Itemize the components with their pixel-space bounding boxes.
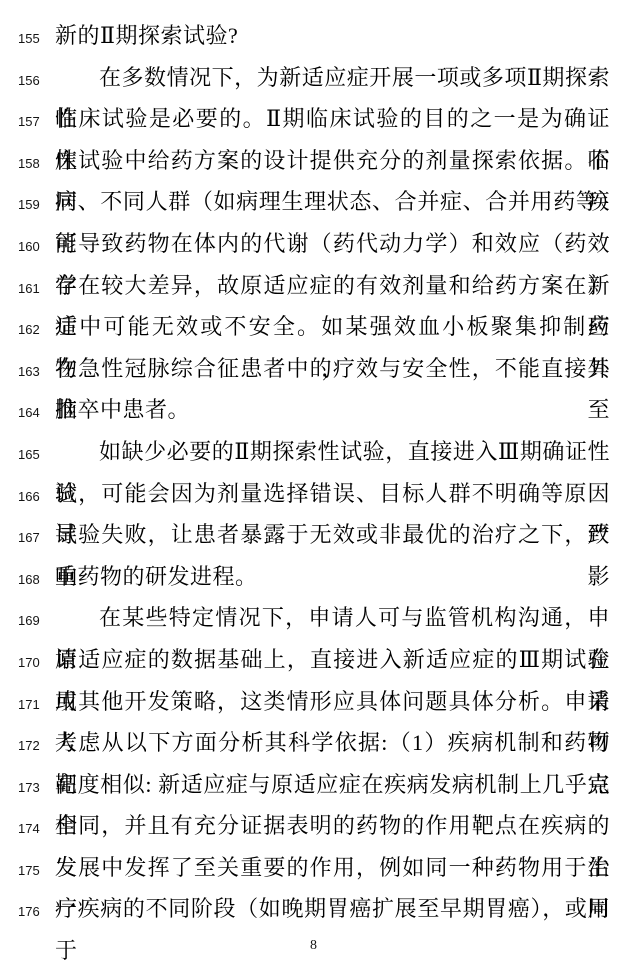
document-line: 163 在急性冠脉综合征患者中的疗效与安全性，不能直接外推至: [0, 348, 627, 390]
line-number: 173: [0, 767, 55, 809]
line-number: 163: [0, 351, 55, 393]
document-line: 168 响药物的研发进程。: [0, 556, 627, 598]
line-number: 175: [0, 850, 55, 892]
document-line: 156 在多数情况下，为新适应症开展一项或多项Ⅱ期探索性: [0, 57, 627, 99]
line-number: 158: [0, 143, 55, 185]
line-number: 174: [0, 808, 55, 850]
document-line: 173 高度相似: 新适应症与原适应症在疾病发病机制上几乎完全: [0, 764, 627, 806]
document-line: 164 脑卒中患者。: [0, 389, 627, 431]
line-number: 161: [0, 268, 55, 310]
line-number: 167: [0, 517, 55, 559]
document-line: 174 相同，并且有充分证据表明的药物的作用靶点在疾病的发生: [0, 805, 627, 847]
page-footer: 8: [0, 936, 627, 954]
document-page: 155 新的Ⅱ期探索试验? 156 在多数情况下，为新适应症开展一项或多项Ⅱ期探…: [0, 0, 627, 974]
line-number: 169: [0, 600, 55, 642]
document-line: 165 如缺少必要的Ⅱ期探索性试验，直接进入Ⅲ期确证性试: [0, 431, 627, 473]
line-number: 159: [0, 184, 55, 226]
document-line: 161 存在较大差异，故原适应症的有效剂量和给药方案在新适应: [0, 265, 627, 307]
page-number: 8: [310, 938, 317, 953]
document-line: 155 新的Ⅱ期探索试验?: [0, 15, 627, 57]
line-number: 156: [0, 60, 55, 102]
line-number: 164: [0, 392, 55, 434]
document-line: 157 临床试验是必要的。Ⅱ期临床试验的目的之一是为确证性临: [0, 98, 627, 140]
line-number: 155: [0, 18, 55, 60]
line-text: 一疾病的不同阶段（如晚期胃癌扩展至早期胃癌），或用于: [55, 888, 627, 971]
line-number: 162: [0, 309, 55, 351]
line-number: 172: [0, 725, 55, 767]
document-line: 158 床试验中给药方案的设计提供充分的剂量探索依据。不同疾: [0, 140, 627, 182]
line-number: 160: [0, 226, 55, 268]
line-number: 165: [0, 434, 55, 476]
document-line: 159 病、不同人群（如病理生理状态、合并症、合并用药等）可: [0, 181, 627, 223]
document-line: 170 原适应症的数据基础上，直接进入新适应症的Ⅲ期试验或采: [0, 639, 627, 681]
document-line: 176 一疾病的不同阶段（如晚期胃癌扩展至早期胃癌），或用于: [0, 888, 627, 930]
line-text: 响药物的研发进程。: [55, 556, 627, 598]
document-line: 175 发展中发挥了至关重要的作用，例如同一种药物用于治疗同: [0, 847, 627, 889]
line-number: 166: [0, 476, 55, 518]
line-number: 171: [0, 684, 55, 726]
line-number: 170: [0, 642, 55, 684]
line-text: 新的Ⅱ期探索试验?: [55, 15, 627, 57]
document-body: 155 新的Ⅱ期探索试验? 156 在多数情况下，为新适应症开展一项或多项Ⅱ期探…: [0, 0, 627, 930]
document-line: 160 能导致药物在体内的代谢（药代动力学）和效应（药效学）: [0, 223, 627, 265]
document-line: 171 用其他开发策略，这类情形应具体问题具体分析。申请人可: [0, 681, 627, 723]
document-line: 162 症中可能无效或不安全。如某强效血小板聚集抑制药物，其: [0, 306, 627, 348]
document-line: 172 考虑从以下方面分析其科学依据:（1）疾病机制和药物靶点: [0, 722, 627, 764]
line-number: 168: [0, 559, 55, 601]
document-line: 167 试验失败，让患者暴露于无效或非最优的治疗之下，严重影: [0, 514, 627, 556]
document-line: 166 验，可能会因为剂量选择错误、目标人群不明确等原因导致: [0, 473, 627, 515]
line-number: 176: [0, 891, 55, 933]
line-text: 脑卒中患者。: [55, 389, 627, 431]
document-line: 169 在某些特定情况下，申请人可与监管机构沟通，申请在: [0, 597, 627, 639]
line-number: 157: [0, 101, 55, 143]
